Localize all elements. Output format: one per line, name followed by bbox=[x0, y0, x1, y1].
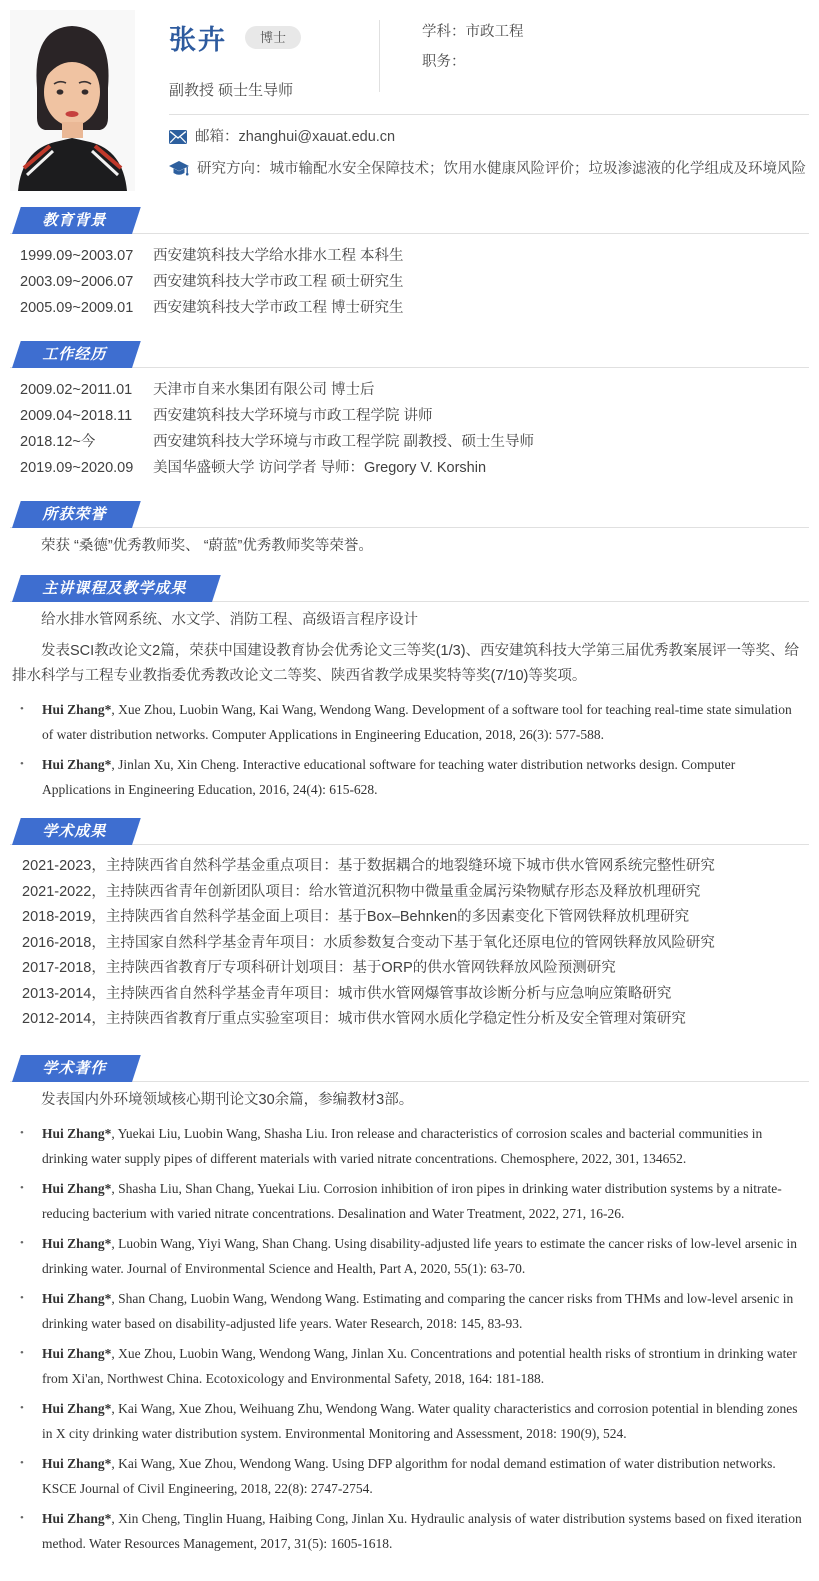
section-title: 学术成果 bbox=[42, 818, 106, 845]
publication-rest: , Shasha Liu, Shan Chang, Yuekai Liu. Co… bbox=[42, 1181, 782, 1221]
vertical-divider bbox=[379, 20, 380, 92]
table-row: 2018.12~今 西安建筑科技大学环境与市政工程学院 副教授、硕士生导师 bbox=[20, 429, 809, 455]
detail: 西安建筑科技大学环境与市政工程学院 副教授、硕士生导师 bbox=[153, 429, 809, 455]
table-row: 2005.09~2009.01 西安建筑科技大学市政工程 博士研究生 bbox=[20, 295, 809, 321]
section-header: 主讲课程及教学成果 bbox=[10, 575, 809, 602]
detail: 美国华盛顿大学 访问学者 导师：Gregory V. Korshin bbox=[153, 455, 809, 481]
period: 2009.02~2011.01 bbox=[20, 377, 153, 403]
list-item: 2013-2014，主持陕西省自然科学基金青年项目：城市供水管网爆管事故诊断分析… bbox=[22, 982, 809, 1008]
section-teaching: 主讲课程及教学成果 给水排水管网系统、水文学、消防工程、高级语言程序设计 发表S… bbox=[10, 575, 809, 802]
period: 2003.09~2006.07 bbox=[20, 269, 153, 295]
period: 2018.12~今 bbox=[20, 429, 153, 455]
list-item: 2016-2018，主持国家自然科学基金青年项目：水质参数复合变动下基于氧化还原… bbox=[22, 931, 809, 957]
name-block: 张卉 博士 副教授 硕士生导师 bbox=[169, 10, 379, 100]
table-row: 1999.09~2003.07 西安建筑科技大学给水排水工程 本科生 bbox=[20, 243, 809, 269]
work-list: 2009.02~2011.01 天津市自来水集团有限公司 博士后 2009.04… bbox=[10, 368, 809, 485]
publication-lead-author: Hui Zhang* bbox=[42, 1346, 111, 1361]
list-item: 2012-2014，主持陕西省教育厅重点实验室项目：城市供水管网水质化学稳定性分… bbox=[22, 1007, 809, 1033]
section-banner: 所获荣誉 bbox=[12, 501, 141, 528]
discipline-label: 学科： bbox=[422, 24, 466, 40]
portrait-illustration bbox=[10, 10, 135, 191]
publication-rest: , Luobin Wang, Yiyi Wang, Shan Chang. Us… bbox=[42, 1236, 797, 1276]
email-label: 邮箱： bbox=[195, 127, 239, 147]
section-banner: 主讲课程及教学成果 bbox=[12, 575, 221, 602]
honors-text: 荣获 “桑德”优秀教师奖、 “蔚蓝”优秀教师奖等荣誉。 bbox=[10, 534, 809, 559]
detail: 西安建筑科技大学市政工程 博士研究生 bbox=[153, 295, 809, 321]
publication-rest: , Shan Chang, Luobin Wang, Wendong Wang.… bbox=[42, 1291, 793, 1331]
publication-rest: , Yuekai Liu, Luobin Wang, Shasha Liu. I… bbox=[42, 1126, 762, 1166]
detail: 西安建筑科技大学市政工程 硕士研究生 bbox=[153, 269, 809, 295]
list-item: Hui Zhang*, Xin Cheng, Tinglin Huang, Ha… bbox=[42, 1506, 805, 1556]
table-row: 2009.04~2018.11 西安建筑科技大学环境与市政工程学院 讲师 bbox=[20, 403, 809, 429]
section-banner: 教育背景 bbox=[12, 207, 141, 234]
publication-lead-author: Hui Zhang* bbox=[42, 702, 111, 717]
list-item: 2017-2018，主持陕西省教育厅专项科研计划项目：基于ORP的供水管网铁释放… bbox=[22, 956, 809, 982]
publication-rest: , Xin Cheng, Tinglin Huang, Haibing Cong… bbox=[42, 1511, 802, 1551]
detail: 天津市自来水集团有限公司 博士后 bbox=[153, 377, 809, 403]
research-value: 城市输配水安全保障技术；饮用水健康风险评价；垃圾渗滤液的化学组成及环境风险 bbox=[270, 159, 807, 179]
publication-rest: , Jinlan Xu, Xin Cheng. Interactive educ… bbox=[42, 757, 735, 797]
list-item: 2021-2023，主持陕西省自然科学基金重点项目：基于数据耦合的地裂缝环境下城… bbox=[22, 854, 809, 880]
publication-rest: , Xue Zhou, Luobin Wang, Kai Wang, Wendo… bbox=[42, 702, 792, 742]
list-item: Hui Zhang*, Jinlan Xu, Xin Cheng. Intera… bbox=[42, 752, 805, 802]
detail: 西安建筑科技大学给水排水工程 本科生 bbox=[153, 243, 809, 269]
section-title: 教育背景 bbox=[42, 207, 106, 234]
section-honors: 所获荣誉 荣获 “桑德”优秀教师奖、 “蔚蓝”优秀教师奖等荣誉。 bbox=[10, 501, 809, 559]
research-label: 研究方向： bbox=[197, 159, 270, 179]
list-item: Hui Zhang*, Xue Zhou, Luobin Wang, Wendo… bbox=[42, 1341, 805, 1391]
header-top-row: 张卉 博士 副教授 硕士生导师 学科：市政工程 职务： bbox=[169, 10, 809, 100]
section-title: 所获荣誉 bbox=[42, 501, 106, 528]
list-item: Hui Zhang*, Yuekai Liu, Luobin Wang, Sha… bbox=[42, 1121, 805, 1171]
email-row: 邮箱： zhanghui@xauat.edu.cn bbox=[169, 127, 809, 147]
section-grants: 学术成果 2021-2023，主持陕西省自然科学基金重点项目：基于数据耦合的地裂… bbox=[10, 818, 809, 1039]
publication-rest: , Kai Wang, Xue Zhou, Weihuang Zhu, Wend… bbox=[42, 1401, 798, 1441]
section-publications: 学术著作 发表国内外环境领域核心期刊论文30余篇，参编教材3部。 Hui Zha… bbox=[10, 1055, 809, 1556]
discipline-row: 学科：市政工程 bbox=[422, 22, 524, 43]
section-title: 工作经历 bbox=[42, 341, 106, 368]
list-item: Hui Zhang*, Kai Wang, Xue Zhou, Weihuang… bbox=[42, 1396, 805, 1446]
publication-rest: , Kai Wang, Xue Zhou, Wendong Wang. Usin… bbox=[42, 1456, 776, 1496]
section-education: 教育背景 1999.09~2003.07 西安建筑科技大学给水排水工程 本科生 … bbox=[10, 207, 809, 325]
section-header: 学术著作 bbox=[10, 1055, 809, 1082]
table-row: 2009.02~2011.01 天津市自来水集团有限公司 博士后 bbox=[20, 377, 809, 403]
section-banner: 工作经历 bbox=[12, 341, 141, 368]
position-row: 职务： bbox=[422, 52, 524, 73]
section-banner: 学术成果 bbox=[12, 818, 141, 845]
envelope-icon bbox=[169, 130, 187, 144]
publication-lead-author: Hui Zhang* bbox=[42, 1291, 111, 1306]
meta-block: 学科：市政工程 职务： bbox=[422, 10, 524, 100]
header-info: 张卉 博士 副教授 硕士生导师 学科：市政工程 职务： bbox=[169, 10, 809, 191]
period: 2009.04~2018.11 bbox=[20, 403, 153, 429]
section-title: 主讲课程及教学成果 bbox=[42, 575, 186, 602]
publication-lead-author: Hui Zhang* bbox=[42, 1126, 111, 1141]
section-title: 学术著作 bbox=[42, 1055, 106, 1082]
section-header: 所获荣誉 bbox=[10, 501, 809, 528]
period: 2005.09~2009.01 bbox=[20, 295, 153, 321]
list-item: Hui Zhang*, Shan Chang, Luobin Wang, Wen… bbox=[42, 1286, 805, 1336]
list-item: Hui Zhang*, Xue Zhou, Luobin Wang, Kai W… bbox=[42, 697, 805, 747]
list-item: Hui Zhang*, Luobin Wang, Yiyi Wang, Shan… bbox=[42, 1231, 805, 1281]
publications-intro: 发表国内外环境领域核心期刊论文30余篇，参编教材3部。 bbox=[10, 1088, 809, 1113]
list-item: 2018-2019，主持陕西省自然科学基金面上项目：基于Box–Behnken的… bbox=[22, 905, 809, 931]
teaching-publication-list: Hui Zhang*, Xue Zhou, Luobin Wang, Kai W… bbox=[10, 697, 809, 802]
publication-list: Hui Zhang*, Yuekai Liu, Luobin Wang, Sha… bbox=[10, 1121, 809, 1556]
publication-lead-author: Hui Zhang* bbox=[42, 757, 111, 772]
person-titles: 副教授 硕士生导师 bbox=[169, 79, 379, 100]
table-row: 2019.09~2020.09 美国华盛顿大学 访问学者 导师：Gregory … bbox=[20, 455, 809, 481]
profile-header: 张卉 博士 副教授 硕士生导师 学科：市政工程 职务： bbox=[10, 10, 809, 191]
header-separator bbox=[169, 114, 809, 115]
publication-lead-author: Hui Zhang* bbox=[42, 1456, 111, 1471]
person-name: 张卉 bbox=[169, 18, 227, 57]
section-work: 工作经历 2009.02~2011.01 天津市自来水集团有限公司 博士后 20… bbox=[10, 341, 809, 485]
period: 1999.09~2003.07 bbox=[20, 243, 153, 269]
publication-lead-author: Hui Zhang* bbox=[42, 1401, 111, 1416]
detail: 西安建筑科技大学环境与市政工程学院 讲师 bbox=[153, 403, 809, 429]
section-header: 教育背景 bbox=[10, 207, 809, 234]
research-row: 研究方向： 城市输配水安全保障技术；饮用水健康风险评价；垃圾渗滤液的化学组成及环… bbox=[169, 159, 809, 179]
list-item: Hui Zhang*, Kai Wang, Xue Zhou, Wendong … bbox=[42, 1451, 805, 1501]
teaching-awards: 发表SCI教改论文2篇，荣获中国建设教育协会优秀论文三等奖(1/3)、西安建筑科… bbox=[10, 639, 809, 689]
publication-rest: , Xue Zhou, Luobin Wang, Wendong Wang, J… bbox=[42, 1346, 797, 1386]
publication-lead-author: Hui Zhang* bbox=[42, 1236, 111, 1251]
degree-badge: 博士 bbox=[245, 26, 301, 49]
discipline-value: 市政工程 bbox=[466, 24, 524, 40]
grant-list: 2021-2023，主持陕西省自然科学基金重点项目：基于数据耦合的地裂缝环境下城… bbox=[10, 845, 809, 1039]
publication-lead-author: Hui Zhang* bbox=[42, 1181, 111, 1196]
section-header: 学术成果 bbox=[10, 818, 809, 845]
publication-lead-author: Hui Zhang* bbox=[42, 1511, 111, 1526]
email-value[interactable]: zhanghui@xauat.edu.cn bbox=[239, 127, 396, 147]
profile-photo bbox=[10, 10, 135, 191]
period: 2019.09~2020.09 bbox=[20, 455, 153, 481]
teaching-courses: 给水排水管网系统、水文学、消防工程、高级语言程序设计 bbox=[10, 608, 809, 633]
list-item: Hui Zhang*, Shasha Liu, Shan Chang, Yuek… bbox=[42, 1176, 805, 1226]
list-item: 2021-2022，主持陕西省青年创新团队项目：给水管道沉积物中微量重金属污染物… bbox=[22, 880, 809, 906]
table-row: 2003.09~2006.07 西安建筑科技大学市政工程 硕士研究生 bbox=[20, 269, 809, 295]
faculty-profile-page: 张卉 博士 副教授 硕士生导师 学科：市政工程 职务： bbox=[0, 0, 819, 1581]
section-banner: 学术著作 bbox=[12, 1055, 141, 1082]
section-header: 工作经历 bbox=[10, 341, 809, 368]
graduation-cap-icon bbox=[169, 161, 189, 178]
position-label: 职务： bbox=[422, 54, 466, 70]
education-list: 1999.09~2003.07 西安建筑科技大学给水排水工程 本科生 2003.… bbox=[10, 234, 809, 325]
